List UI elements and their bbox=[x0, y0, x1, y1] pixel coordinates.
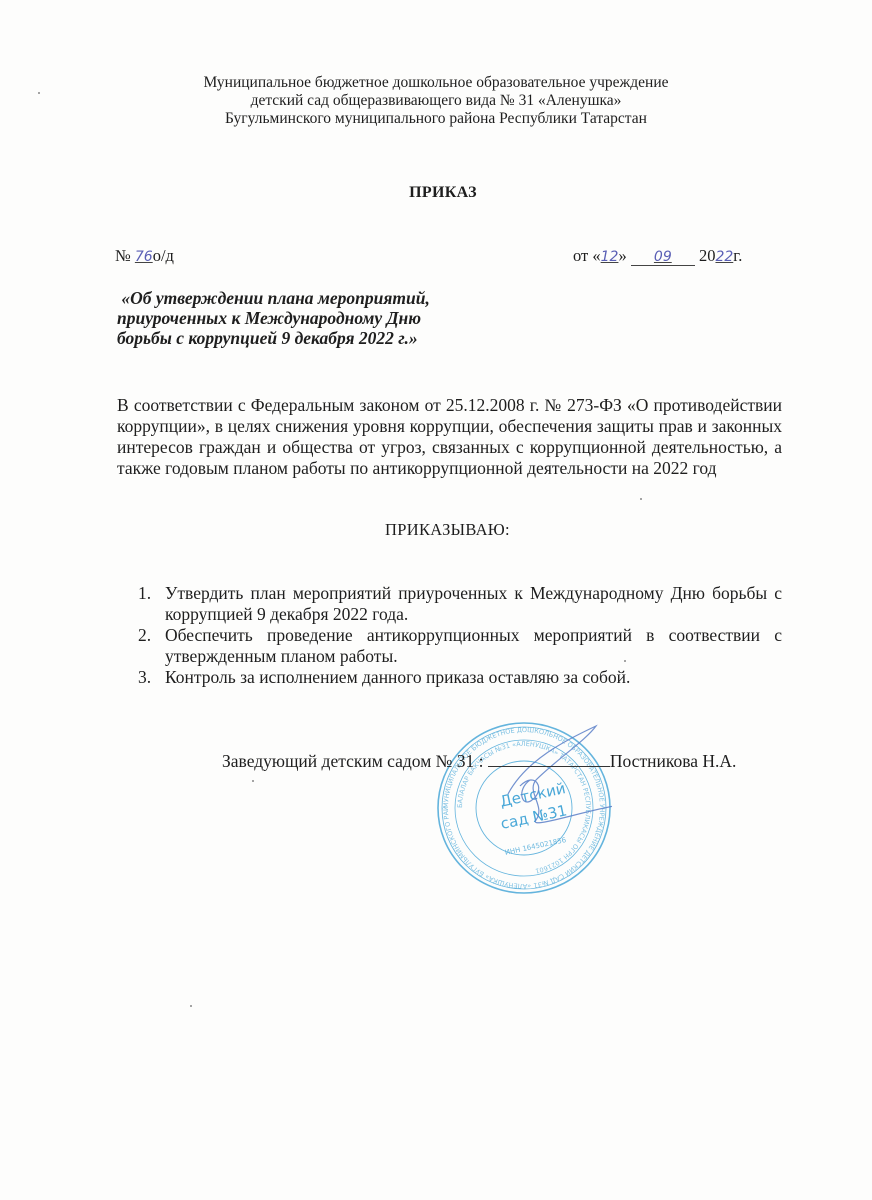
item-text: Утвердить план мероприятий приуроченных … bbox=[165, 583, 782, 624]
date-year-prefix: 20 bbox=[695, 246, 716, 265]
header-line-2: детский сад общеразвивающего вида № 31 «… bbox=[0, 92, 872, 110]
signature-block: Заведующий детским садом № 31 : Постнико… bbox=[222, 751, 736, 772]
date-day: 12 bbox=[601, 249, 619, 265]
order-item: 3. Контроль за исполнением данного прика… bbox=[133, 667, 782, 688]
official-stamp-icon: МУНИЦИПАЛЬНОЕ БЮДЖЕТНОЕ ДОШКОЛЬНОЕ ОБРАЗ… bbox=[436, 720, 612, 896]
scan-speck bbox=[190, 1005, 192, 1007]
organization-header: Муниципальное бюджетное дошкольное образ… bbox=[0, 74, 872, 128]
order-date: от «12» 09 2022г. bbox=[573, 246, 742, 266]
date-month: 09 bbox=[631, 249, 695, 266]
signatory-position: Заведующий детским садом № 31 : bbox=[222, 751, 483, 771]
header-line-1: Муниципальное бюджетное дошкольное образ… bbox=[0, 74, 872, 92]
subject-line-3: борьбы с коррупцией 9 декабря 2022 г.» bbox=[117, 328, 517, 348]
item-number: 3. bbox=[138, 667, 151, 688]
item-text: Обеспечить проведение антикоррупционных … bbox=[165, 625, 782, 666]
order-items-list: 1. Утвердить план мероприятий приуроченн… bbox=[133, 583, 782, 688]
date-year-handwritten: 22 bbox=[715, 249, 733, 265]
date-mid: » bbox=[618, 246, 630, 265]
subject-line-1: «Об утверждении плана мероприятий, bbox=[117, 288, 517, 308]
date-prefix: от « bbox=[573, 246, 601, 265]
scan-speck bbox=[640, 498, 642, 500]
signature-line bbox=[488, 752, 610, 767]
document-page: Муниципальное бюджетное дошкольное образ… bbox=[0, 0, 872, 1200]
order-item: 2. Обеспечить проведение антикоррупционн… bbox=[133, 625, 782, 667]
scan-speck bbox=[38, 92, 40, 94]
preamble-paragraph: В соответствии с Федеральным законом от … bbox=[117, 395, 782, 479]
date-suffix: г. bbox=[733, 246, 742, 265]
order-number: № 76о/д bbox=[115, 246, 174, 266]
scan-speck bbox=[624, 660, 626, 662]
order-number-handwritten: 76 bbox=[135, 249, 153, 265]
order-number-prefix: № bbox=[115, 246, 135, 265]
item-number: 2. bbox=[138, 625, 151, 646]
item-number: 1. bbox=[138, 583, 151, 604]
order-subject: «Об утверждении плана мероприятий, приур… bbox=[117, 288, 517, 348]
order-item: 1. Утвердить план мероприятий приуроченн… bbox=[133, 583, 782, 625]
scan-speck bbox=[252, 780, 254, 782]
order-word: ПРИКАЗЫВАЮ: bbox=[0, 520, 872, 540]
signatory-name: Постникова Н.А. bbox=[610, 751, 737, 771]
order-number-suffix: о/д bbox=[153, 246, 174, 265]
document-title: ПРИКАЗ bbox=[0, 184, 872, 202]
item-text: Контроль за исполнением данного приказа … bbox=[165, 667, 630, 687]
subject-line-2: приуроченных к Международному Дню bbox=[117, 308, 517, 328]
header-line-3: Бугульминского муниципального района Рес… bbox=[0, 110, 872, 128]
